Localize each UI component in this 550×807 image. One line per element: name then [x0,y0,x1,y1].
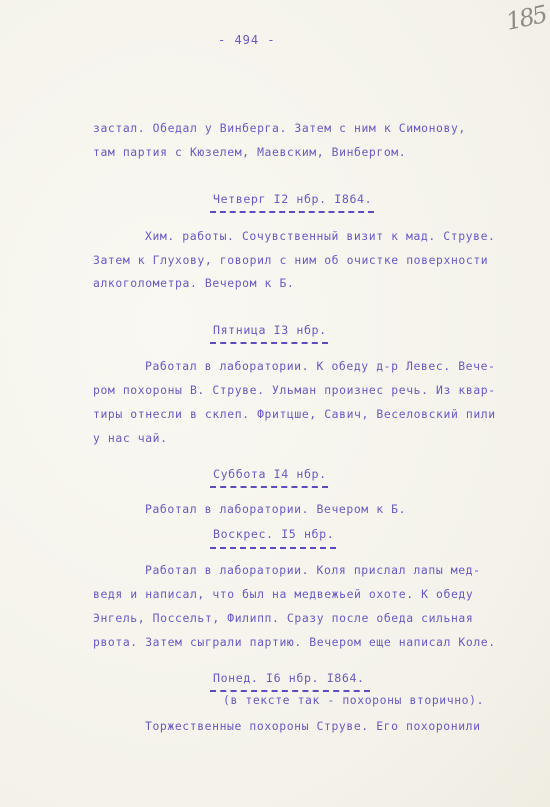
body-line: ром похороны В. Струве. Ульман произнес … [93,383,496,397]
heading-underline [210,211,374,213]
editorial-note: (в тексте так - похороны вторично). [223,693,484,707]
body-line: алкоголометра. Вечером к Б. [93,276,294,290]
body-line: Затем к Глухову, говорил с ним об очистк… [93,253,488,267]
entry-heading-saturday: Суббота I4 нбр. [213,467,327,481]
body-line: тиры отнесли в склеп. Фритцше, Савич, Ве… [93,407,496,421]
body-line: застал. Обедал у Винберга. Затем с ним к… [93,121,466,135]
heading-underline [210,690,370,692]
body-line: Торжественные похороны Струве. Его похор… [145,719,481,733]
body-line: Работал в лаборатории. Вечером к Б. [145,502,406,516]
entry-heading-monday: Понед. I6 нбр. I864. [213,671,365,685]
heading-underline [210,547,336,549]
heading-underline [210,342,328,344]
body-line: там партия с Кюзелем, Маевским, Винберго… [93,145,406,159]
body-line: Хим. работы. Сочувственный визит к мад. … [145,229,496,243]
body-line: рвота. Затем сыграли партию. Вечером еще… [93,635,496,649]
entry-heading-friday: Пятница I3 нбр. [213,323,327,337]
handwritten-folio-number: 185 [504,0,549,36]
body-line: у нас чай. [93,431,168,445]
entry-heading-sunday: Воскрес. I5 нбр. [213,527,334,541]
body-line: Работал в лаборатории. К обеду д-р Левес… [145,359,496,373]
entry-heading-thursday: Четверг I2 нбр. I864. [213,192,372,206]
heading-underline [210,486,328,488]
body-line: Работал в лаборатории. Коля прислал лапы… [145,563,481,577]
body-line: ведя и написал, что был на медвежьей охо… [93,587,473,601]
body-line: Энгель, Поссельт, Филипп. Сразу после об… [93,611,473,625]
typewritten-page: 185 - 494 - застал. Обедал у Винберга. З… [0,0,550,807]
page-number: - 494 - [218,33,276,47]
